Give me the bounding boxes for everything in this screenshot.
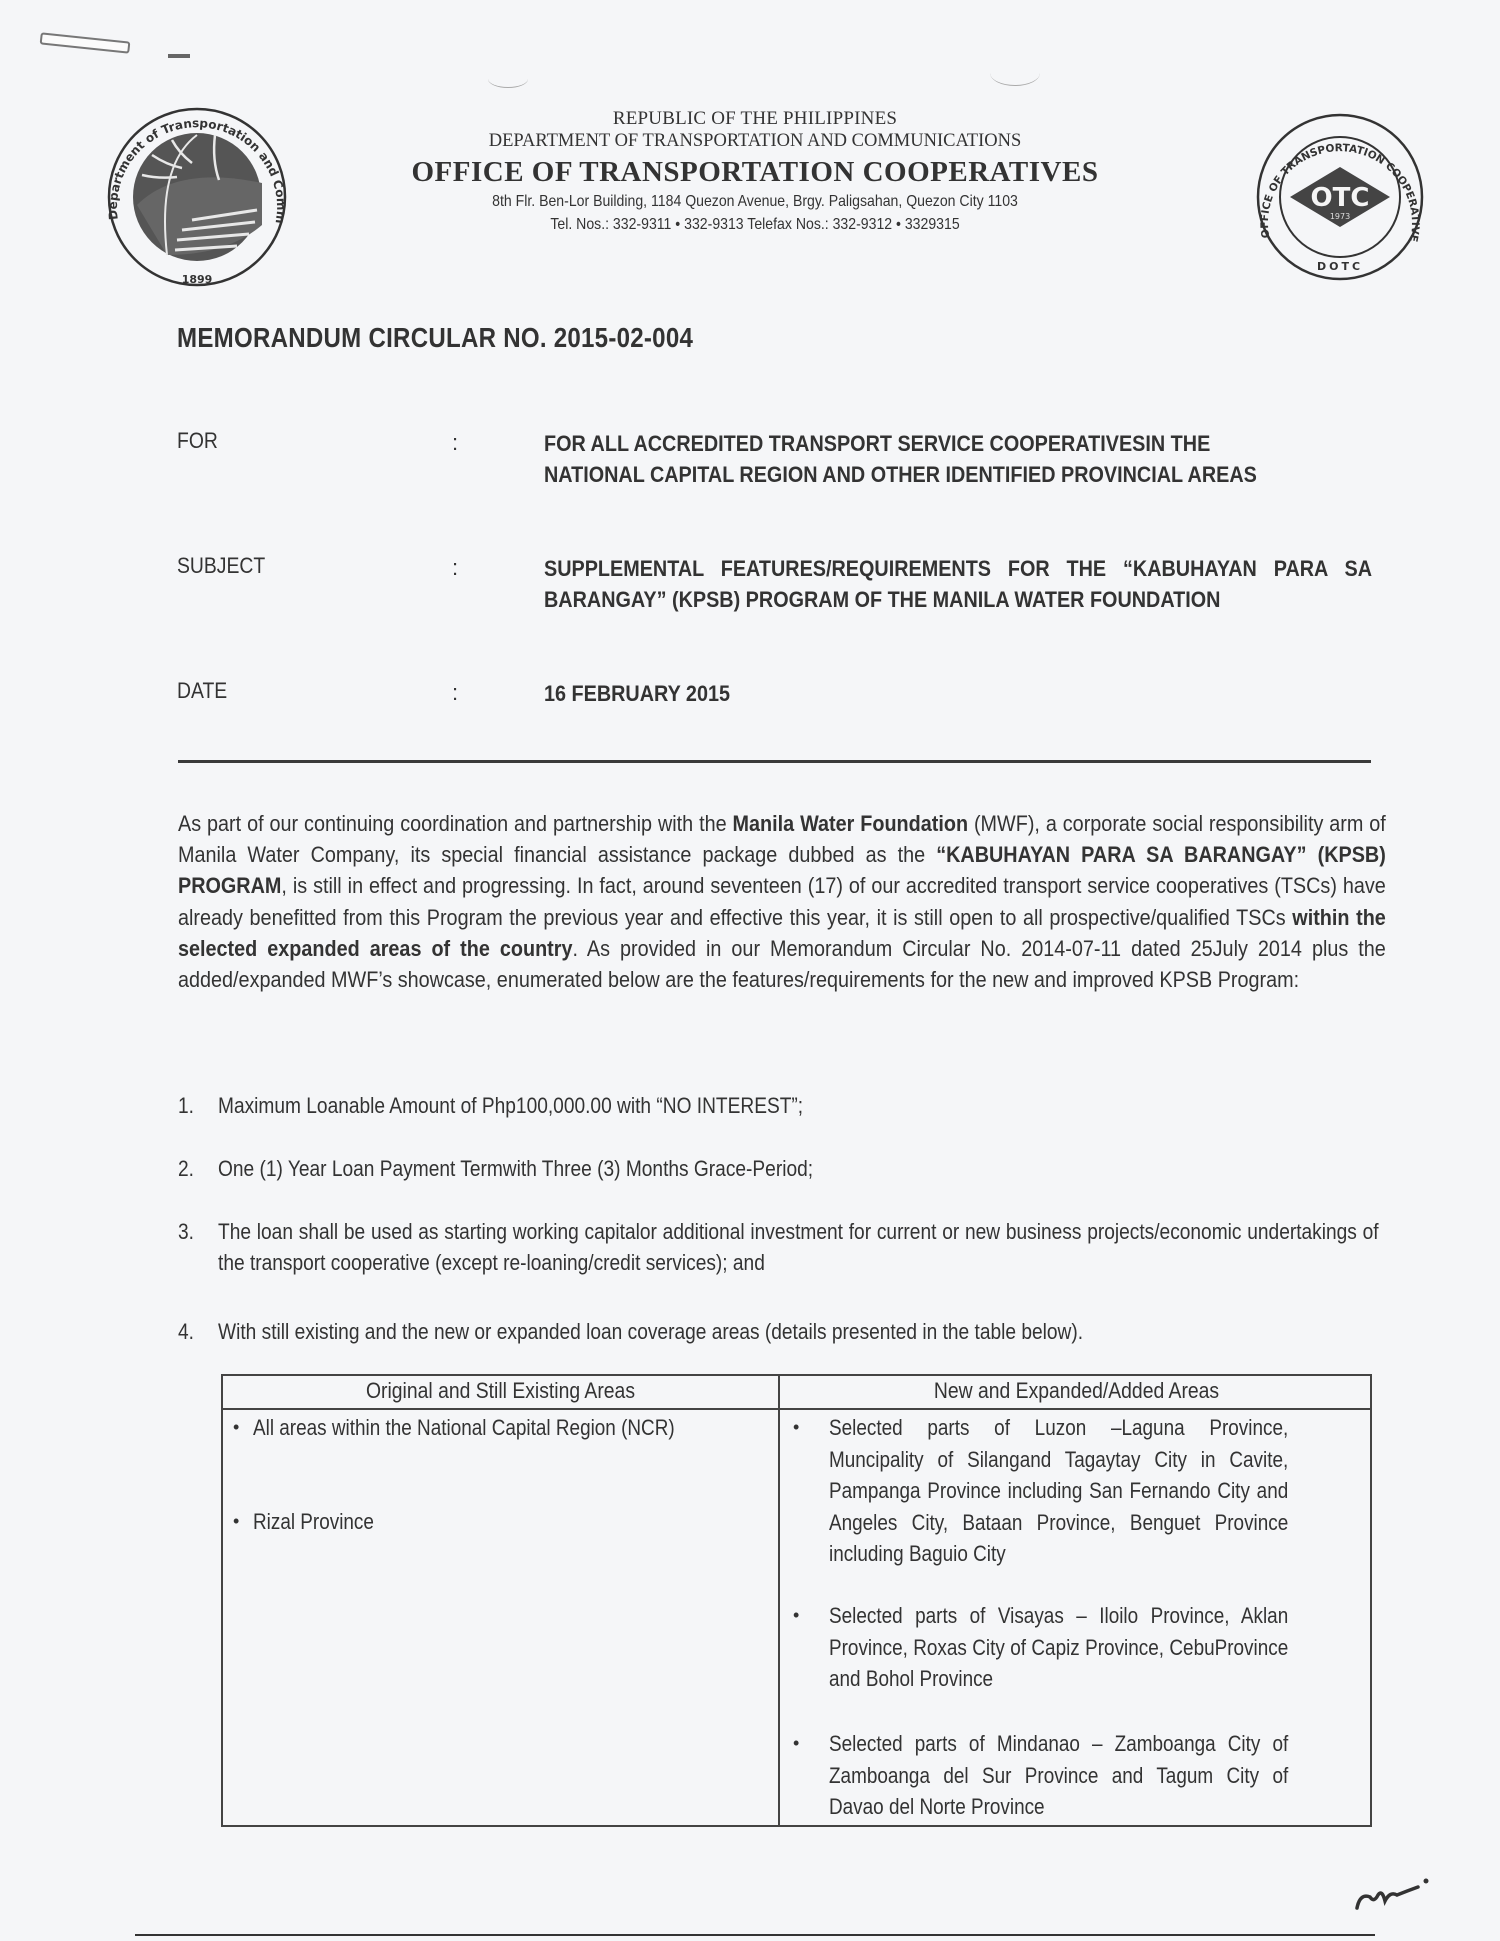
bullet-icon: •: [793, 1728, 829, 1823]
scan-speck: [168, 54, 190, 58]
memorandum-page: 1899 Department of Transportation and Co…: [0, 0, 1500, 1941]
field-label: DATE: [177, 678, 227, 704]
table-cell-item: • Rizal Province: [233, 1506, 768, 1538]
list-text: The loan shall be used as starting worki…: [218, 1216, 1379, 1278]
footer-divider: [135, 1934, 1375, 1936]
republic-line: REPUBLIC OF THE PHILIPPINES: [380, 108, 1130, 130]
department-line: DEPARTMENT OF TRANSPORTATION AND COMMUNI…: [380, 130, 1130, 152]
field-colon: :: [452, 555, 458, 581]
scan-artifact: [488, 70, 528, 88]
intro-paragraph: As part of our continuing coordination a…: [178, 808, 1386, 995]
list-text: Maximum Loanable Amount of Php100,000.00…: [218, 1090, 1379, 1121]
dotc-seal-icon: 1899 Department of Transportation and Co…: [97, 105, 297, 290]
list-text: One (1) Year Loan Payment Termwith Three…: [218, 1153, 1379, 1184]
field-colon: :: [452, 430, 458, 456]
area-text: Selected parts of Mindanao – Zamboanga C…: [829, 1728, 1288, 1823]
coverage-areas-table: Original and Still Existing Areas New an…: [221, 1374, 1372, 1827]
table-cell-item: • Selected parts of Mindanao – Zamboanga…: [793, 1728, 1363, 1823]
field-colon: :: [452, 680, 458, 706]
field-value: FOR ALL ACCREDITED TRANSPORT SERVICE COO…: [544, 428, 1284, 490]
svg-text:1973: 1973: [1330, 212, 1350, 221]
svg-text:1899: 1899: [182, 273, 213, 286]
field-label: SUBJECT: [177, 553, 265, 579]
otc-seal-icon: OTC 1973 DOTC OFFICE OF TRANSPORTATION C…: [1240, 105, 1440, 290]
header-divider: [223, 1408, 1370, 1410]
table-cell-item: • Selected parts of Luzon –Laguna Provin…: [793, 1412, 1363, 1570]
para-bold: Manila Water Foundation: [733, 811, 969, 836]
table-cell-item: • All areas within the National Capital …: [233, 1412, 768, 1444]
field-value: 16 FEBRUARY 2015: [544, 678, 1284, 709]
area-text: All areas within the National Capital Re…: [253, 1412, 696, 1444]
bullet-icon: •: [233, 1412, 253, 1444]
area-text: Selected parts of Luzon –Laguna Province…: [829, 1412, 1288, 1570]
list-text: With still existing and the new or expan…: [218, 1316, 1379, 1347]
area-text: Selected parts of Visayas – Iloilo Provi…: [829, 1600, 1288, 1695]
office-address: 8th Flr. Ben-Lor Building, 1184 Quezon A…: [425, 190, 1085, 213]
letterhead: REPUBLIC OF THE PHILIPPINES DEPARTMENT O…: [380, 108, 1130, 236]
memo-title: MEMORANDUM CIRCULAR NO. 2015-02-004: [177, 322, 693, 354]
area-text: Rizal Province: [253, 1506, 696, 1538]
list-number: 2.: [178, 1153, 194, 1184]
para-text: As part of our continuing coordination a…: [178, 811, 733, 836]
office-name: OFFICE OF TRANSPORTATION COOPERATIVES: [380, 154, 1130, 190]
office-telephone: Tel. Nos.: 332-9311 • 332-9313 Telefax N…: [425, 213, 1085, 236]
bullet-icon: •: [793, 1412, 829, 1570]
svg-text:OTC: OTC: [1311, 183, 1370, 213]
svg-text:DOTC: DOTC: [1317, 260, 1363, 273]
list-number: 1.: [178, 1090, 194, 1121]
table-header-original: Original and Still Existing Areas: [256, 1378, 744, 1404]
table-header-expanded: New and Expanded/Added Areas: [815, 1378, 1339, 1404]
field-label: FOR: [177, 428, 218, 454]
para-text: , is still in effect and progressing. In…: [178, 873, 1386, 929]
staple-mark: [40, 32, 131, 53]
initials-signature-icon: [1352, 1873, 1432, 1913]
list-number: 4.: [178, 1316, 194, 1347]
list-number: 3.: [178, 1216, 194, 1247]
column-divider: [778, 1376, 780, 1825]
table-cell-item: • Selected parts of Visayas – Iloilo Pro…: [793, 1600, 1363, 1695]
header-divider: [178, 760, 1371, 763]
field-value: SUPPLEMENTAL FEATURES/REQUIREMENTS FOR T…: [544, 553, 1372, 615]
bullet-icon: •: [233, 1506, 253, 1538]
bullet-icon: •: [793, 1600, 829, 1695]
scan-artifact: [990, 60, 1040, 86]
